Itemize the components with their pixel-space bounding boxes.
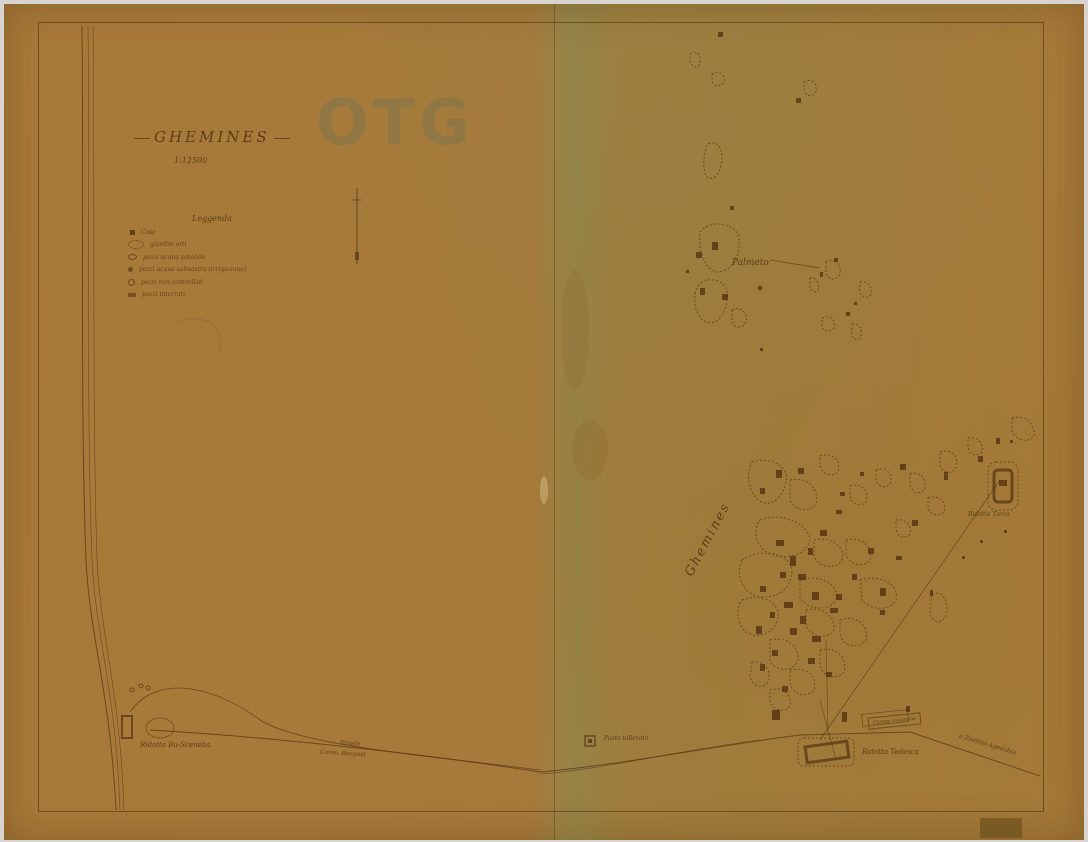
potable-well-icon bbox=[128, 254, 137, 260]
redoubt-ne-icon bbox=[988, 462, 1018, 510]
north-arrow-icon bbox=[352, 188, 362, 264]
label-redoubt-ne: Ridotta Turca bbox=[968, 511, 1010, 518]
map-title: GHEMINES bbox=[130, 128, 294, 146]
legend-item: pozzi non controllati bbox=[128, 276, 328, 289]
palmeto-settlement bbox=[686, 32, 871, 351]
map-drawing bbox=[0, 0, 1088, 842]
label-redoubt-s: Ridotta Tedesca bbox=[862, 748, 919, 756]
redoubt-sw-icon bbox=[122, 684, 174, 738]
map-scale: 1:12500 bbox=[174, 156, 207, 165]
legend: Leggenda Case giardini orti pozzi acqua … bbox=[128, 214, 328, 301]
label-road-1: Strada bbox=[340, 739, 361, 747]
label-redoubt-sw: Ridotta Bu-Sceneba bbox=[140, 741, 210, 749]
garden-icon bbox=[128, 240, 144, 249]
ghemines-village-cluster bbox=[738, 417, 1034, 760]
house-icon bbox=[130, 230, 135, 235]
western-wadi-lines bbox=[82, 26, 124, 810]
label-palmeto: Palmeto bbox=[732, 258, 769, 268]
label-post: Posto tollerato bbox=[604, 735, 648, 742]
post-icon bbox=[585, 736, 595, 746]
legend-item: Case bbox=[128, 226, 328, 239]
paper-stains bbox=[178, 270, 608, 504]
legend-item: giardini orti bbox=[128, 239, 328, 252]
legend-item: pozzi acqua potabile bbox=[128, 251, 328, 264]
redoubt-s-icon bbox=[798, 738, 854, 766]
legend-item: pozzi interrati bbox=[128, 289, 328, 302]
legend-item: pozzi acqua salmastra (irrigazione) bbox=[128, 264, 328, 277]
brackish-well-icon bbox=[128, 267, 133, 272]
archive-tape bbox=[980, 818, 1022, 838]
unchecked-well-icon bbox=[128, 279, 135, 286]
buried-well-icon bbox=[128, 293, 136, 297]
legend-header: Leggenda bbox=[192, 214, 328, 223]
